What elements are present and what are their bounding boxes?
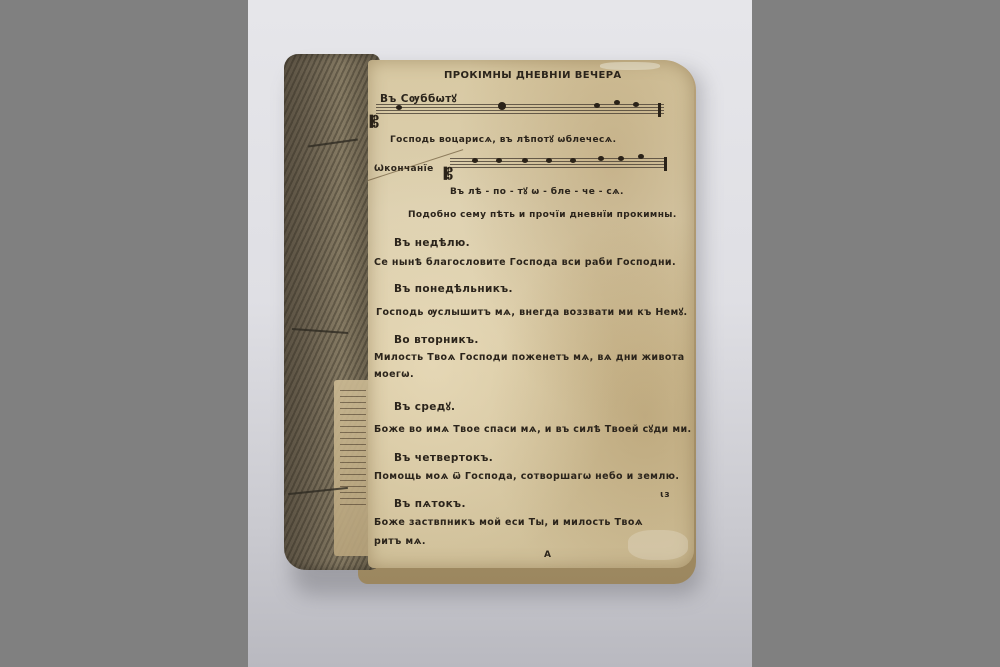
photo-background: ПРОКІМНЫ ДНЕВНІИ ВЕЧЕРА Въ Сѹббѡтꙋ 𝄡 Гос… (248, 0, 752, 667)
music-note (396, 105, 402, 110)
day-verse-tuesday: Милость Твоѧ Господи поженетъ мѧ, вѧ дни… (374, 352, 685, 363)
music-barline (664, 157, 667, 171)
music-staff (376, 104, 664, 116)
music-note (618, 156, 624, 161)
music-text-line1: Господь воцарисѧ, въ лѣпотꙋ ѡблечесѧ. (390, 132, 616, 145)
music-note (522, 158, 528, 163)
music-note (598, 156, 604, 161)
instruction-text: Подобно сему пѣть и прочїи дневнїи проки… (408, 210, 677, 220)
music-note (594, 103, 600, 108)
music-note (472, 158, 478, 163)
footer-mark: А (544, 550, 551, 560)
music-note (496, 158, 502, 163)
music-note (633, 102, 639, 107)
clef-icon: 𝄡 (370, 112, 379, 132)
music-note (570, 158, 576, 163)
music-note (638, 154, 644, 159)
day-heading-thursday: Въ четвертокъ. (394, 452, 493, 464)
day-heading-sunday: Въ недѣлю. (394, 237, 470, 249)
day-verse-tuesday-cont: моегѡ. (374, 369, 414, 380)
clef-icon: 𝄡 (444, 164, 453, 184)
music-note (614, 100, 620, 105)
day-verse-thursday: Помощь моѧ ѿ Господа, сотворшагѡ небо и … (374, 471, 679, 482)
day-verse-friday: Боже заствпникъ мой еси Ты, и милость Тв… (374, 517, 643, 528)
day-verse-wednesday: Боже во имѧ Твое спаси мѧ, и въ силѣ Тво… (374, 422, 692, 435)
music-staff (450, 158, 666, 170)
spine-label (334, 380, 372, 556)
day-verse-monday: Господь ѹслышитъ мѧ, внегда воззвати ми … (376, 305, 688, 318)
day-heading-friday: Въ пѧтокъ. (394, 498, 466, 510)
music-note (498, 102, 506, 110)
music-text-line2: Въ лѣ - по - тꙋ ѡ - бле - че - сѧ. (450, 184, 624, 197)
music-note (546, 158, 552, 163)
day-verse-friday-cont: ритъ мѧ. (374, 536, 426, 547)
page-tear (600, 62, 660, 70)
day-heading-wednesday: Въ средꙋ. (394, 400, 455, 414)
music-barline (658, 103, 661, 117)
day-verse-sunday: Се нынѣ благословите Господа вси раби Го… (374, 257, 676, 268)
page-tear (628, 530, 688, 560)
day-heading-tuesday: Во вторникъ. (394, 334, 479, 346)
book-page: ПРОКІМНЫ ДНЕВНІИ ВЕЧЕРА Въ Сѹббѡтꙋ 𝄡 Гос… (368, 60, 694, 568)
day-heading-monday: Въ понедѣльникъ. (394, 283, 513, 295)
margin-mark: ꙇз (660, 490, 670, 500)
page-title: ПРОКІМНЫ ДНЕВНІИ ВЕЧЕРА (444, 70, 622, 81)
